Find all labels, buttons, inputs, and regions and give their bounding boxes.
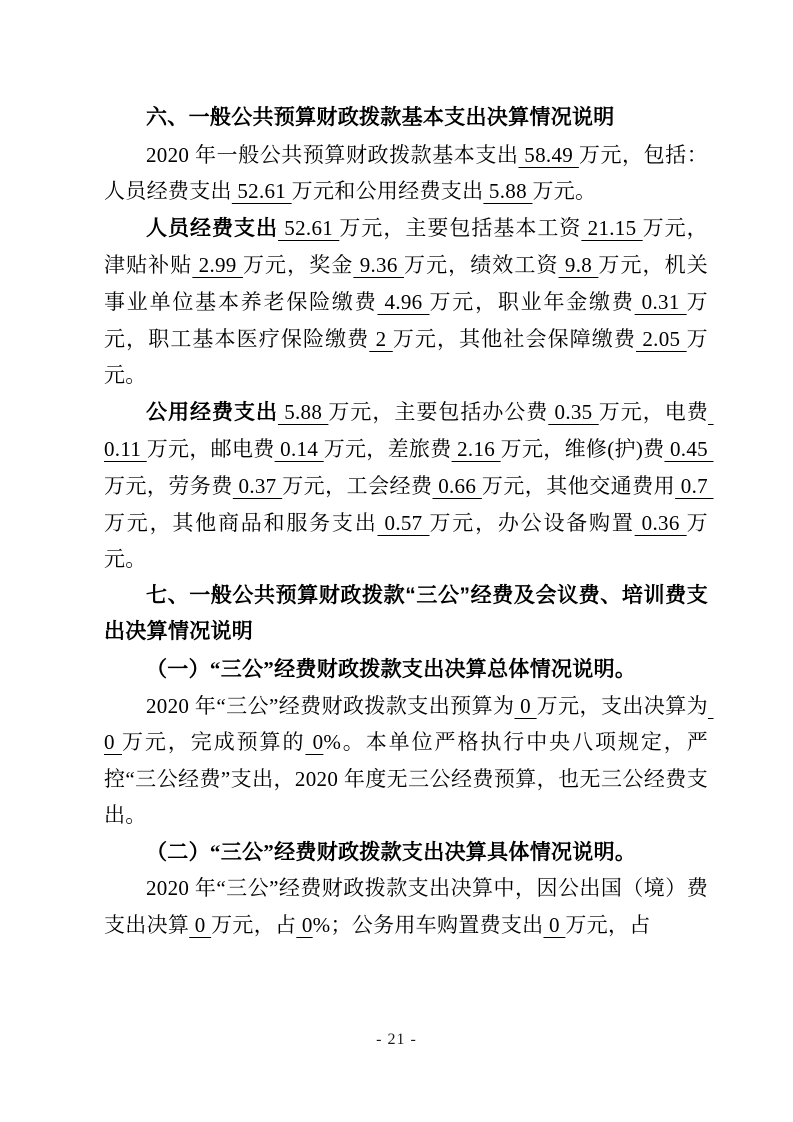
underlined-value: 0.66 [432,474,481,498]
text-run: 万元，维修(护)费 [501,437,665,461]
underlined-value: 0.14 [275,437,324,461]
text-run: 万元，其他商品和服务支出 [104,511,377,535]
underlined-value: 2.99 [192,253,243,277]
text-run: 万元，工会经费 [282,474,432,498]
underlined-value: 52.61 [278,216,339,240]
underlined-value: 0.31 [635,290,687,314]
underlined-value: 2 [369,327,393,351]
text-run: 七、一般公共预算财政拨款“三公”经费及会议费、培训费支出决算情况说明 [104,584,708,644]
text-run: 六、一般公共预算财政拨款基本支出决算情况说明 [146,106,615,129]
paragraph-5: 七、一般公共预算财政拨款“三公”经费及会议费、培训费支出决算情况说明 [104,578,708,651]
underlined-value: 9.36 [353,253,404,277]
underlined-value: 52.61 [232,179,292,203]
text-run: 万元和公用经费支出 [292,179,484,203]
text-run: 人员经费支出 [146,217,278,240]
text-run: 2020 年“三公”经费财政拨款支出预算为 [146,694,514,718]
underlined-value: 2.05 [636,327,687,351]
underlined-value: 0.35 [548,400,598,424]
underlined-value: 58.49 [518,143,578,167]
text-run: （一）“三公”经费财政拨款支出决算总体情况说明。 [146,657,636,681]
underlined-value: 0.7 [675,474,713,498]
text-run: （二）“三公”经费财政拨款支出决算具体情况说明。 [146,840,636,864]
page-number: - 21 - [0,1031,793,1049]
underlined-value: 9.8 [559,253,599,277]
underlined-value: 0.45 [664,437,713,461]
text-run: 万元，奖金 [243,253,353,277]
text-run: %；公务用车购置费支出 [313,913,544,937]
underlined-value: 0 [189,913,211,937]
paragraph-3: 人员经费支出 52.61 万元，主要包括基本工资 21.15 万元，津贴补贴 2… [104,210,708,394]
text-run: 万元，办公设备购置 [430,511,635,535]
text-run: 万元，占 [211,913,296,937]
underlined-value: 4.96 [377,290,429,314]
text-run: 万元，绩效工资 [404,253,559,277]
text-run: 万元，职业年金缴费 [430,290,635,314]
underlined-value: 5.88 [278,400,328,424]
text-run: 公用经费支出 [146,401,278,424]
text-run: 万元，主要包括基本工资 [339,216,581,240]
document-body: 六、一般公共预算财政拨款基本支出决算情况说明2020 年一般公共预算财政拨款基本… [104,100,708,944]
text-run: 万元，其他交通费用 [482,474,675,498]
paragraph-7: 2020 年“三公”经费财政拨款支出预算为 0 万元，支出决算为 0 万元，完成… [104,688,708,834]
text-run: 万元，劳务费 [104,474,233,498]
paragraph-9: 2020 年“三公”经费财政拨款支出决算中，因公出国（境）费支出决算 0 万元，… [104,870,708,943]
text-run: 万元，支出决算为 [537,694,708,718]
paragraph-6: （一）“三公”经费财政拨款支出决算总体情况说明。 [104,651,708,688]
text-run: 万元，邮电费 [147,437,275,461]
text-run: 万元，占 [565,913,650,937]
text-run: 万元，主要包括办公费 [328,400,548,424]
underlined-value: 0.57 [377,511,429,535]
text-run: 万元，差旅费 [324,437,452,461]
document-page: 六、一般公共预算财政拨款基本支出决算情况说明2020 年一般公共预算财政拨款基本… [0,0,793,1122]
text-run: 万元。 [532,179,596,203]
paragraph-4: 公用经费支出 5.88 万元，主要包括办公费 0.35 万元，电费 0.11 万… [104,394,708,578]
underlined-value: 5.88 [483,179,532,203]
text-run: 万元，完成预算的 [122,730,305,754]
text-run: 2020 年一般公共预算财政拨款基本支出 [146,143,518,167]
underlined-value: 0.37 [233,474,282,498]
text-run: 万元，电费 [599,400,708,424]
underlined-value: 21.15 [581,216,642,240]
underlined-value: 0 [296,913,312,937]
paragraph-2: 2020 年一般公共预算财政拨款基本支出 58.49 万元，包括：人员经费支出 … [104,137,708,210]
underlined-value: 0 [543,913,565,937]
paragraph-8: （二）“三公”经费财政拨款支出决算具体情况说明。 [104,834,708,871]
underlined-value: 0 [514,694,536,718]
paragraph-1: 六、一般公共预算财政拨款基本支出决算情况说明 [104,100,708,137]
underlined-value: 0.36 [635,511,687,535]
underlined-value: 2.16 [452,437,501,461]
text-run: 万元，其他社会保障缴费 [393,327,636,351]
underlined-value: 0 [305,730,323,754]
